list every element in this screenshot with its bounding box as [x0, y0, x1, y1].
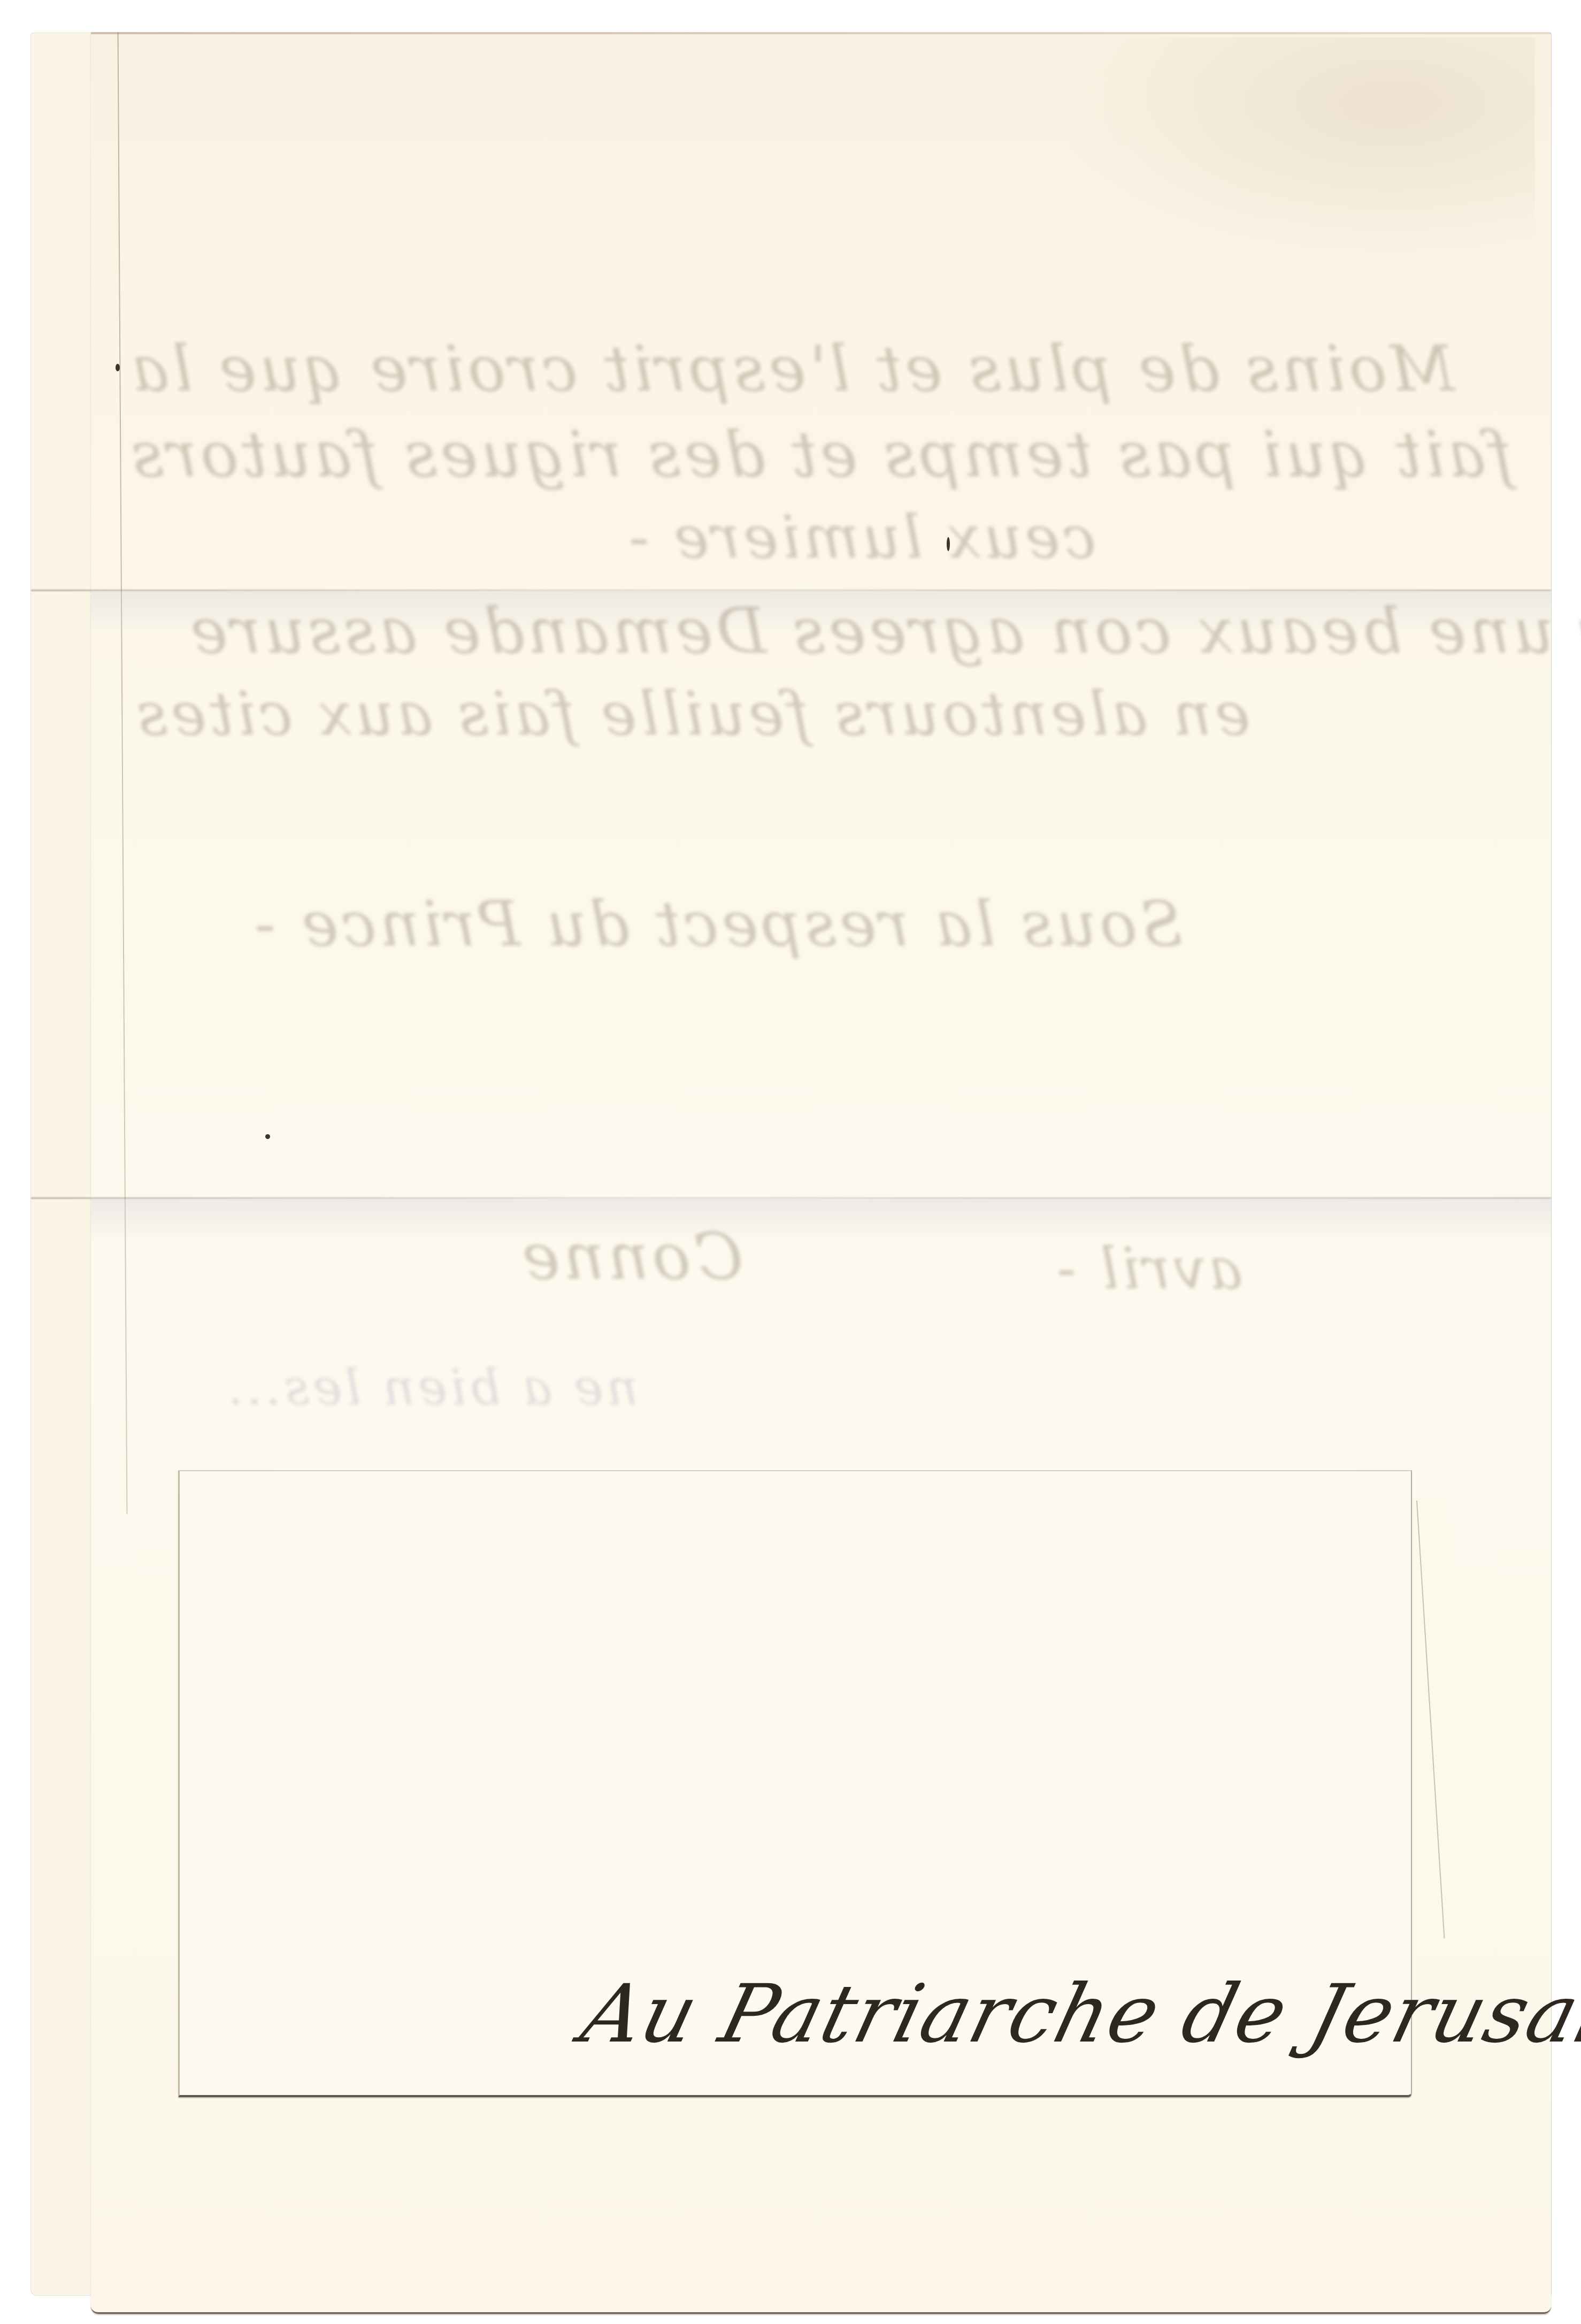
bleed-through-line: ceux lumiere - — [626, 503, 1096, 571]
bleed-through-date: avril - — [1054, 1236, 1242, 1302]
ink-speck — [265, 1134, 270, 1139]
ink-speck — [947, 537, 950, 551]
scanned-letter: Moins de plus et l'esprit croire que la … — [0, 0, 1581, 2324]
address-panel: Au Patriarche de Jerusalem — [178, 1470, 1412, 2097]
fold-shadow-middle — [91, 1199, 1551, 1242]
horizontal-fold-middle — [31, 1197, 1551, 1199]
bleed-through-line: ne a bien les... — [225, 1359, 638, 1416]
bleed-through-line: Sous la respect du Prince - — [251, 888, 1183, 960]
envelope-flap-underlayer — [1409, 1498, 1448, 1937]
bleed-through-line: en alentours feuille fais aux cites — [134, 679, 1250, 749]
horizontal-fold-upper — [31, 590, 1551, 591]
bleed-through-signature: Conne — [519, 1220, 743, 1294]
sheet-top-edge — [91, 32, 1551, 34]
bleed-through-line: Pay une beaux con agrees Demande assure — [187, 594, 1581, 668]
vertical-fold-line — [118, 32, 128, 1514]
front-sheet: Moins de plus et l'esprit croire que la … — [91, 32, 1551, 2314]
bleed-through-line: fait qui pas temps et des rigues fautors — [128, 417, 1512, 491]
age-stain — [1054, 37, 1535, 262]
ink-speck — [116, 364, 120, 371]
bleed-through-line: Moins de plus et l'esprit croire que la — [128, 332, 1455, 406]
address-text: Au Patriarche de Jerusalem — [573, 1968, 1581, 2061]
